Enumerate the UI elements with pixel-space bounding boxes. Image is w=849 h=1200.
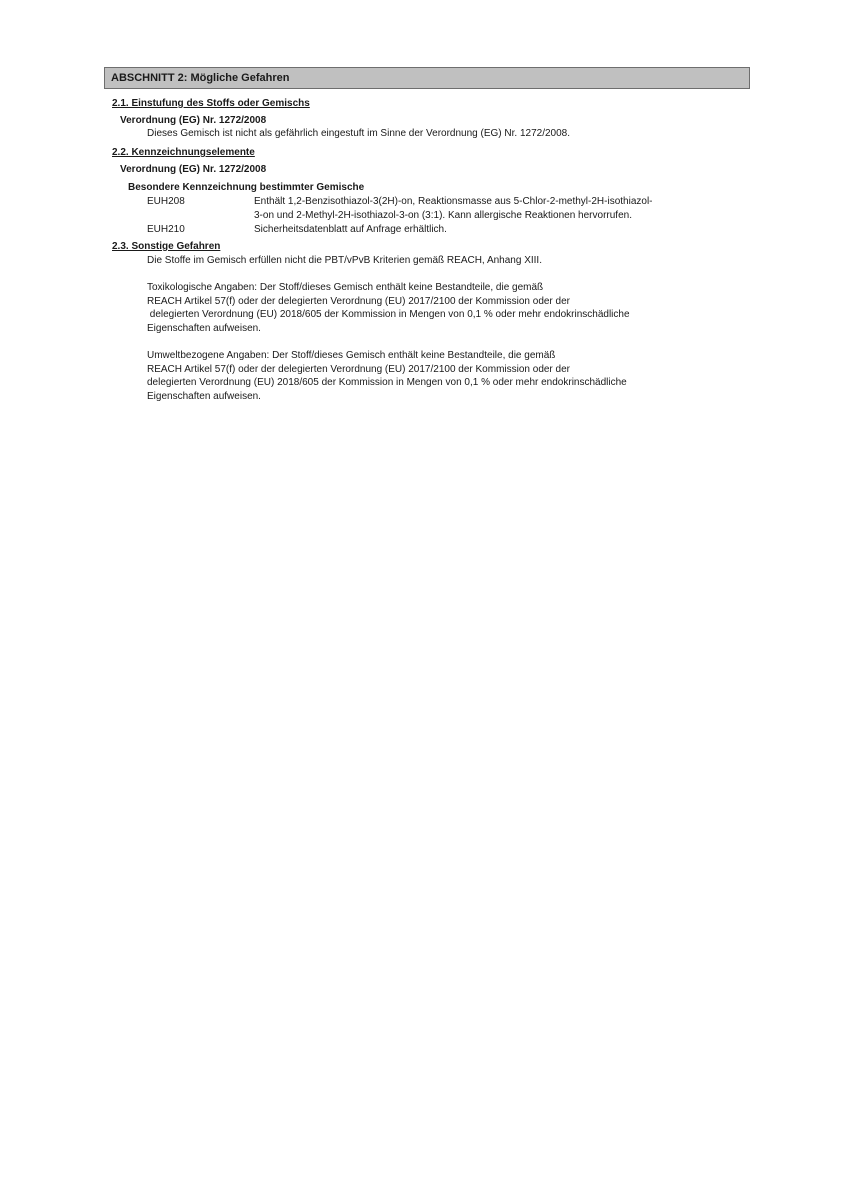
section-header: ABSCHNITT 2: Mögliche Gefahren (104, 67, 750, 89)
env-text-line3: delegierten Verordnung (EU) 2018/605 der… (147, 377, 627, 389)
env-text-line1: Umweltbezogene Angaben: Der Stoff/dieses… (147, 350, 555, 362)
subsection-heading-2-1: 2.1. Einstufung des Stoffs oder Gemischs (112, 98, 310, 110)
pbt-text: Die Stoffe im Gemisch erfüllen nicht die… (147, 255, 542, 267)
document-page: ABSCHNITT 2: Mögliche Gefahren 2.1. Eins… (0, 0, 849, 1200)
regulation-label-2-1: Verordnung (EG) Nr. 1272/2008 (120, 115, 266, 127)
subsection-heading-2-3: 2.3. Sonstige Gefahren (112, 241, 220, 253)
env-text-line4: Eigenschaften aufweisen. (147, 391, 261, 403)
tox-text-line3: delegierten Verordnung (EU) 2018/605 der… (147, 309, 630, 321)
classification-text: Dieses Gemisch ist nicht als gefährlich … (147, 128, 570, 140)
env-text-line2: REACH Artikel 57(f) oder der delegierten… (147, 364, 570, 376)
special-labelling-heading: Besondere Kennzeichnung bestimmter Gemis… (128, 182, 364, 194)
hazard-code-euh208: EUH208 (147, 196, 185, 208)
tox-text-line4: Eigenschaften aufweisen. (147, 323, 261, 335)
subsection-heading-2-2: 2.2. Kennzeichnungselemente (112, 147, 255, 159)
hazard-text-euh208-line1: Enthält 1,2-Benzisothiazol-3(2H)-on, Rea… (254, 196, 653, 208)
tox-text-line2: REACH Artikel 57(f) oder der delegierten… (147, 296, 570, 308)
hazard-text-euh208-line2: 3-on und 2-Methyl-2H-isothiazol-3-on (3:… (254, 210, 632, 222)
tox-text-line1: Toxikologische Angaben: Der Stoff/dieses… (147, 282, 543, 294)
regulation-label-2-2: Verordnung (EG) Nr. 1272/2008 (120, 164, 266, 176)
hazard-text-euh210: Sicherheitsdatenblatt auf Anfrage erhält… (254, 224, 447, 236)
hazard-code-euh210: EUH210 (147, 224, 185, 236)
